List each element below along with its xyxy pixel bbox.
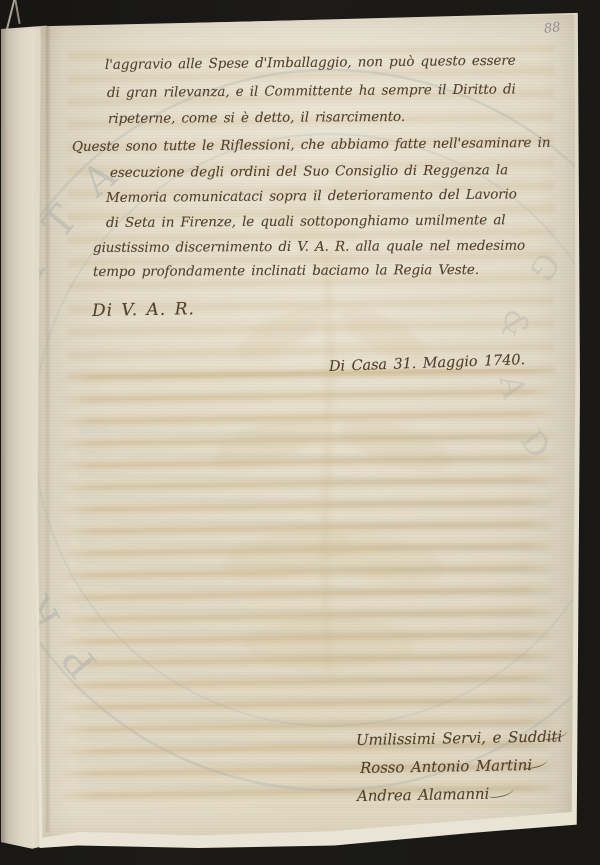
gutter-crease: [46, 21, 49, 832]
salutation-line: Di V. A. R.: [92, 299, 195, 321]
paragraph1-line-3: ripeterne, come si è detto, il risarcime…: [108, 109, 405, 127]
manuscript-photo: PROSPERITA G & A D 88 l'aggravio alle Sp…: [0, 0, 600, 865]
manuscript-page: PROSPERITA G & A D 88 l'aggravio alle Sp…: [36, 13, 576, 841]
folio-number: 88: [543, 20, 561, 37]
paragraph2-line-5: giustissimo discernimento di V. A. R. al…: [93, 238, 525, 256]
binding-thread: [13, 0, 20, 24]
signature-alamanni: Andrea Alamanni: [357, 785, 490, 805]
paragraph2-line-2: esecuzione degli ordini del Suo Consigli…: [110, 162, 508, 181]
paragraph2-line-6: tempo profondamente inclinati baciamo la…: [93, 262, 479, 280]
signature-valediction: Umilissimi Servi, e Sudditi: [356, 727, 562, 749]
paragraph2-line-4: di Seta in Firenze, le quali sottoponghi…: [106, 212, 506, 231]
signature-martini: Rosso Antonio Martini: [360, 756, 532, 777]
